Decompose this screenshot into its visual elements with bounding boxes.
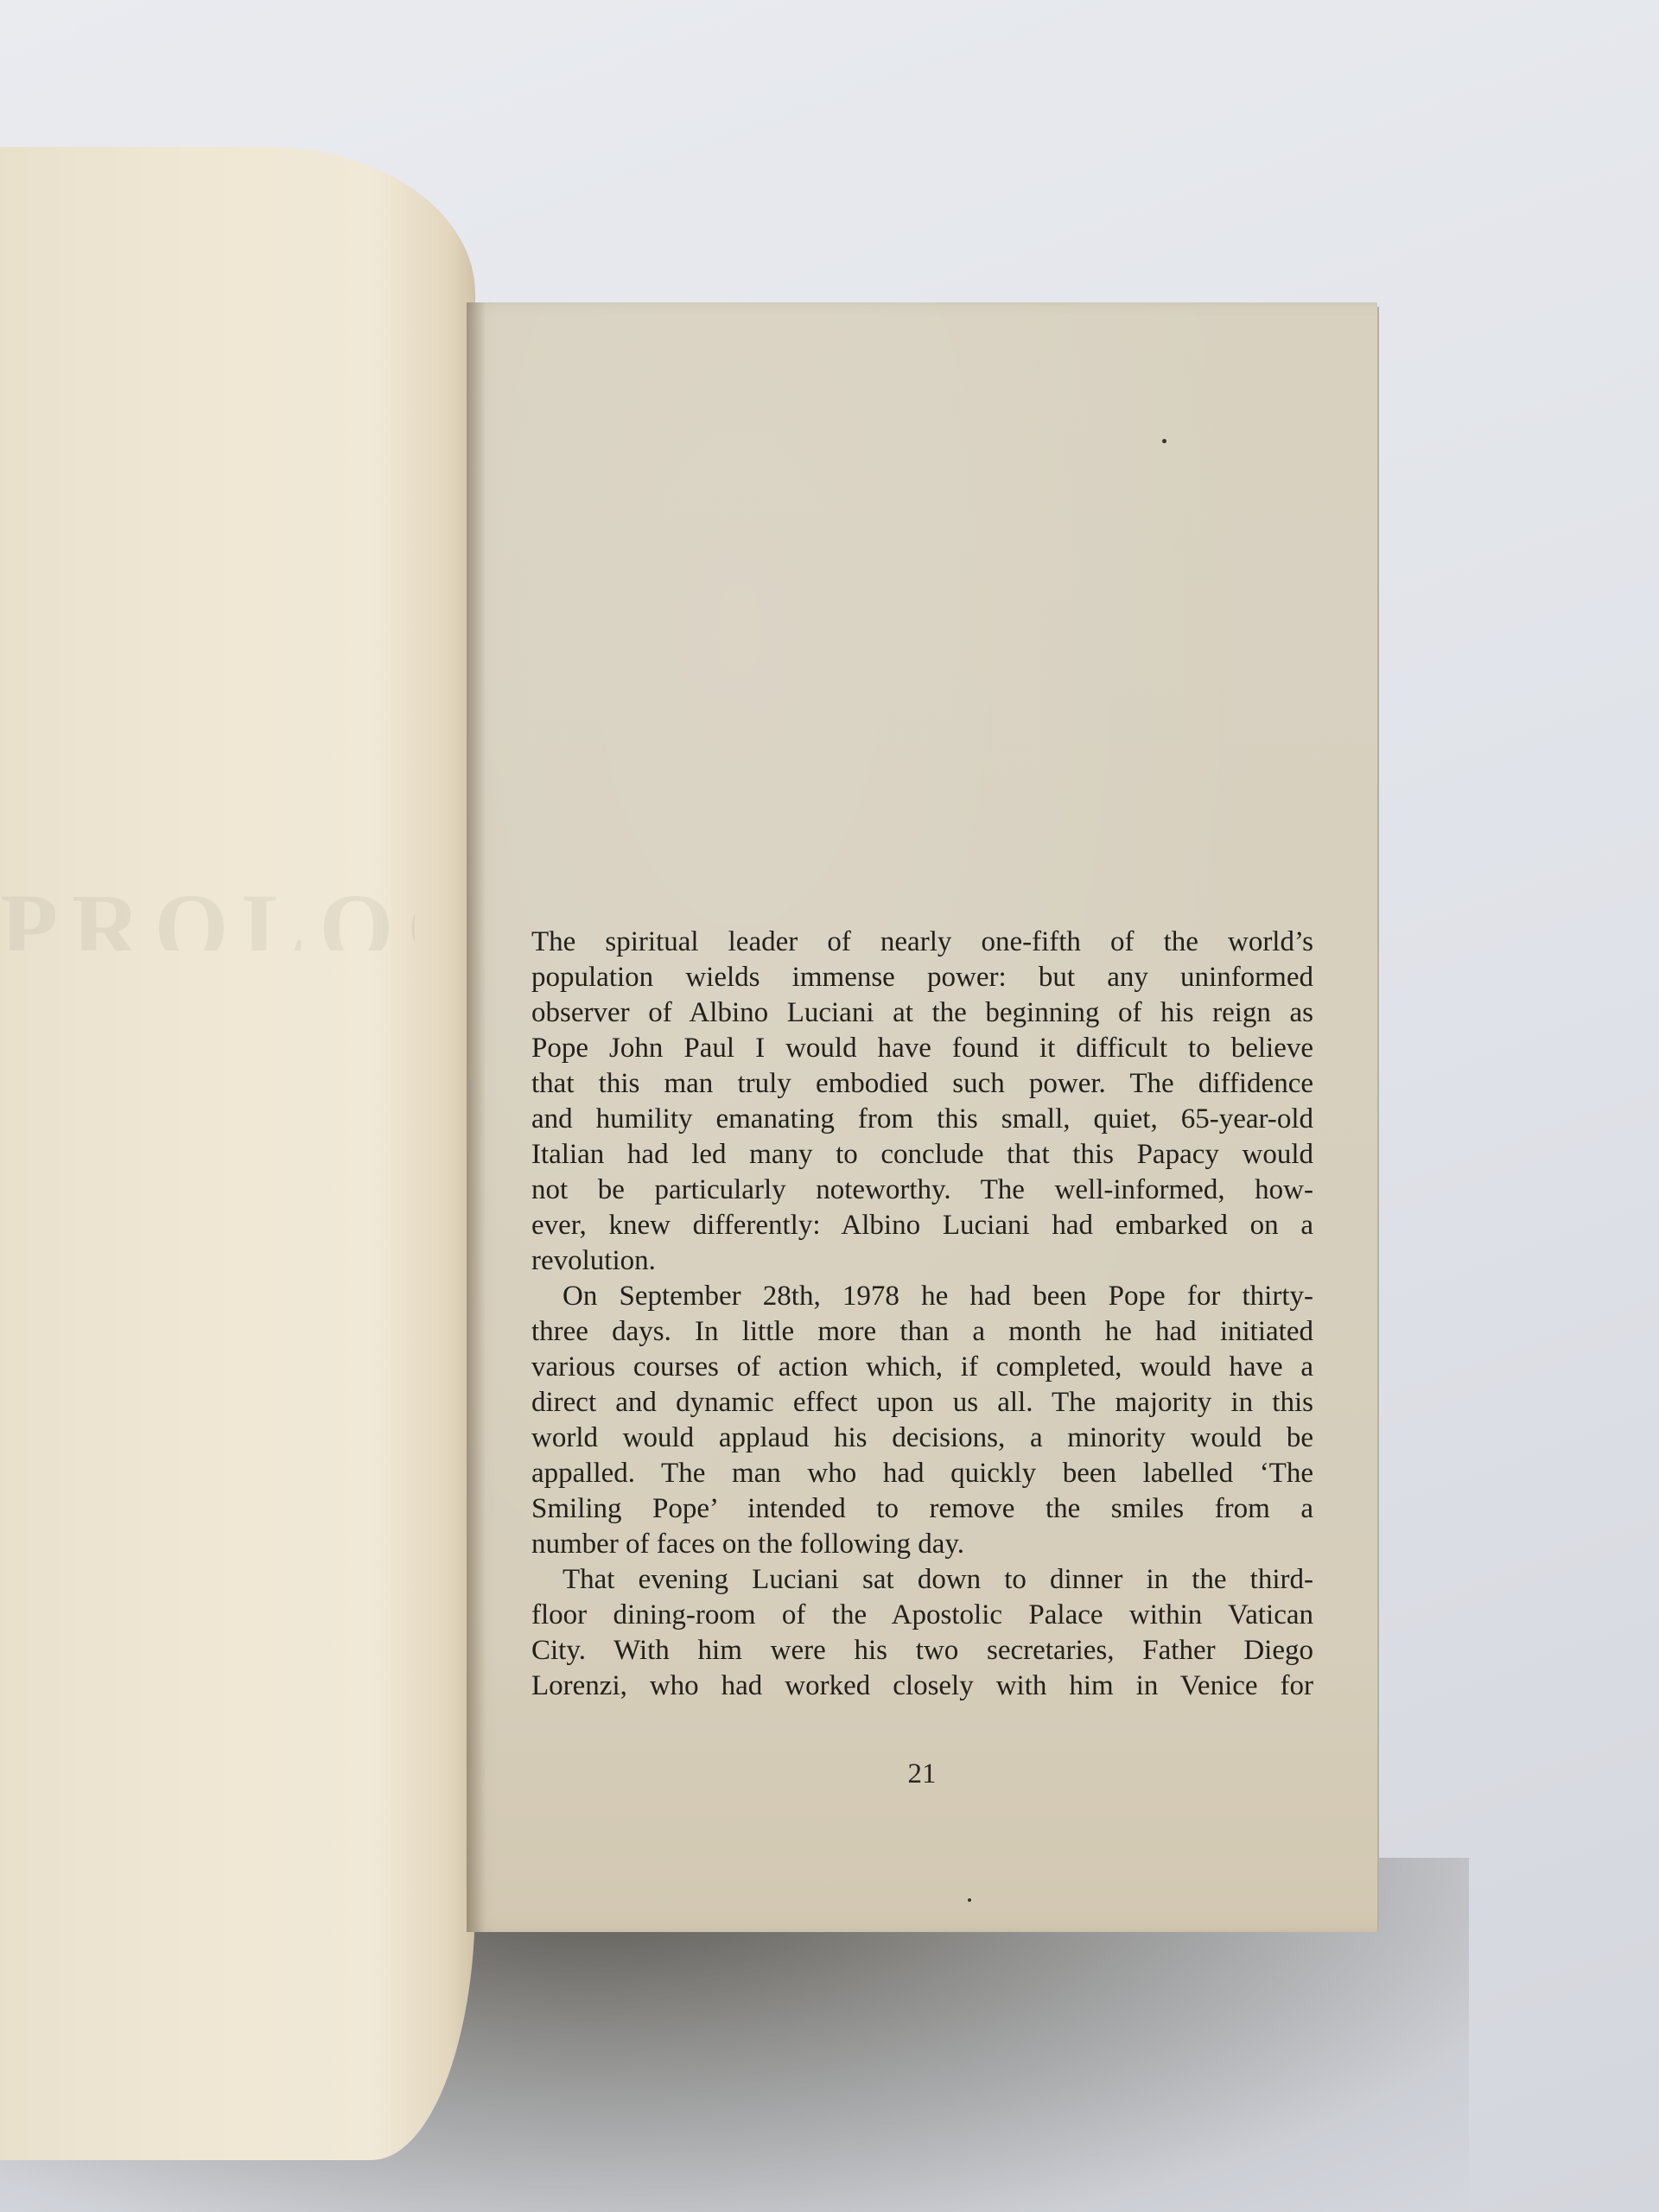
- text-line: not be particularly noteworthy. The well…: [531, 1173, 1313, 1208]
- text-line: observer of Albino Luciani at the beginn…: [531, 995, 1313, 1031]
- text-line: number of faces on the following day.: [531, 1527, 1313, 1562]
- text-line: ever, knew differently: Albino Luciani h…: [531, 1208, 1313, 1243]
- text-line: revolution.: [531, 1243, 1313, 1279]
- text-line: various courses of action which, if comp…: [531, 1350, 1313, 1385]
- text-line: population wields immense power: but any…: [531, 960, 1313, 995]
- body-text: The spiritual leader of nearly one-fifth…: [531, 925, 1313, 1704]
- text-line: three days. In little more than a month …: [531, 1314, 1313, 1350]
- text-line: City. With him were his two secretaries,…: [531, 1633, 1313, 1669]
- left-page-show-through: PROLOGUE: [0, 873, 415, 950]
- text-line: floor dining-room of the Apostolic Palac…: [531, 1598, 1313, 1633]
- paper-speck: [1162, 439, 1166, 443]
- text-line: appalled. The man who had quickly been l…: [531, 1456, 1313, 1491]
- text-line: direct and dynamic effect upon us all. T…: [531, 1385, 1313, 1421]
- text-line: On September 28th, 1978 he had been Pope…: [531, 1279, 1313, 1314]
- text-line: world would applaud his decisions, a min…: [531, 1421, 1313, 1456]
- text-line: Pope John Paul I would have found it dif…: [531, 1031, 1313, 1066]
- text-line: Italian had led many to conclude that th…: [531, 1137, 1313, 1173]
- text-line: Lorenzi, who had worked closely with him…: [531, 1669, 1313, 1704]
- text-line: and humility emanating from this small, …: [531, 1102, 1313, 1137]
- left-page: PROLOGUE: [0, 147, 475, 2160]
- right-page: The spiritual leader of nearly one-fifth…: [467, 302, 1377, 1932]
- text-line: The spiritual leader of nearly one-fifth…: [531, 925, 1313, 960]
- text-line: that this man truly embodied such power.…: [531, 1066, 1313, 1102]
- page-gutter: [467, 302, 486, 1932]
- paper-speck: [968, 1898, 971, 1902]
- page-number: 21: [467, 1758, 1377, 1790]
- text-line: Smiling Pope’ intended to remove the smi…: [531, 1491, 1313, 1527]
- text-line: That evening Luciani sat down to dinner …: [531, 1562, 1313, 1598]
